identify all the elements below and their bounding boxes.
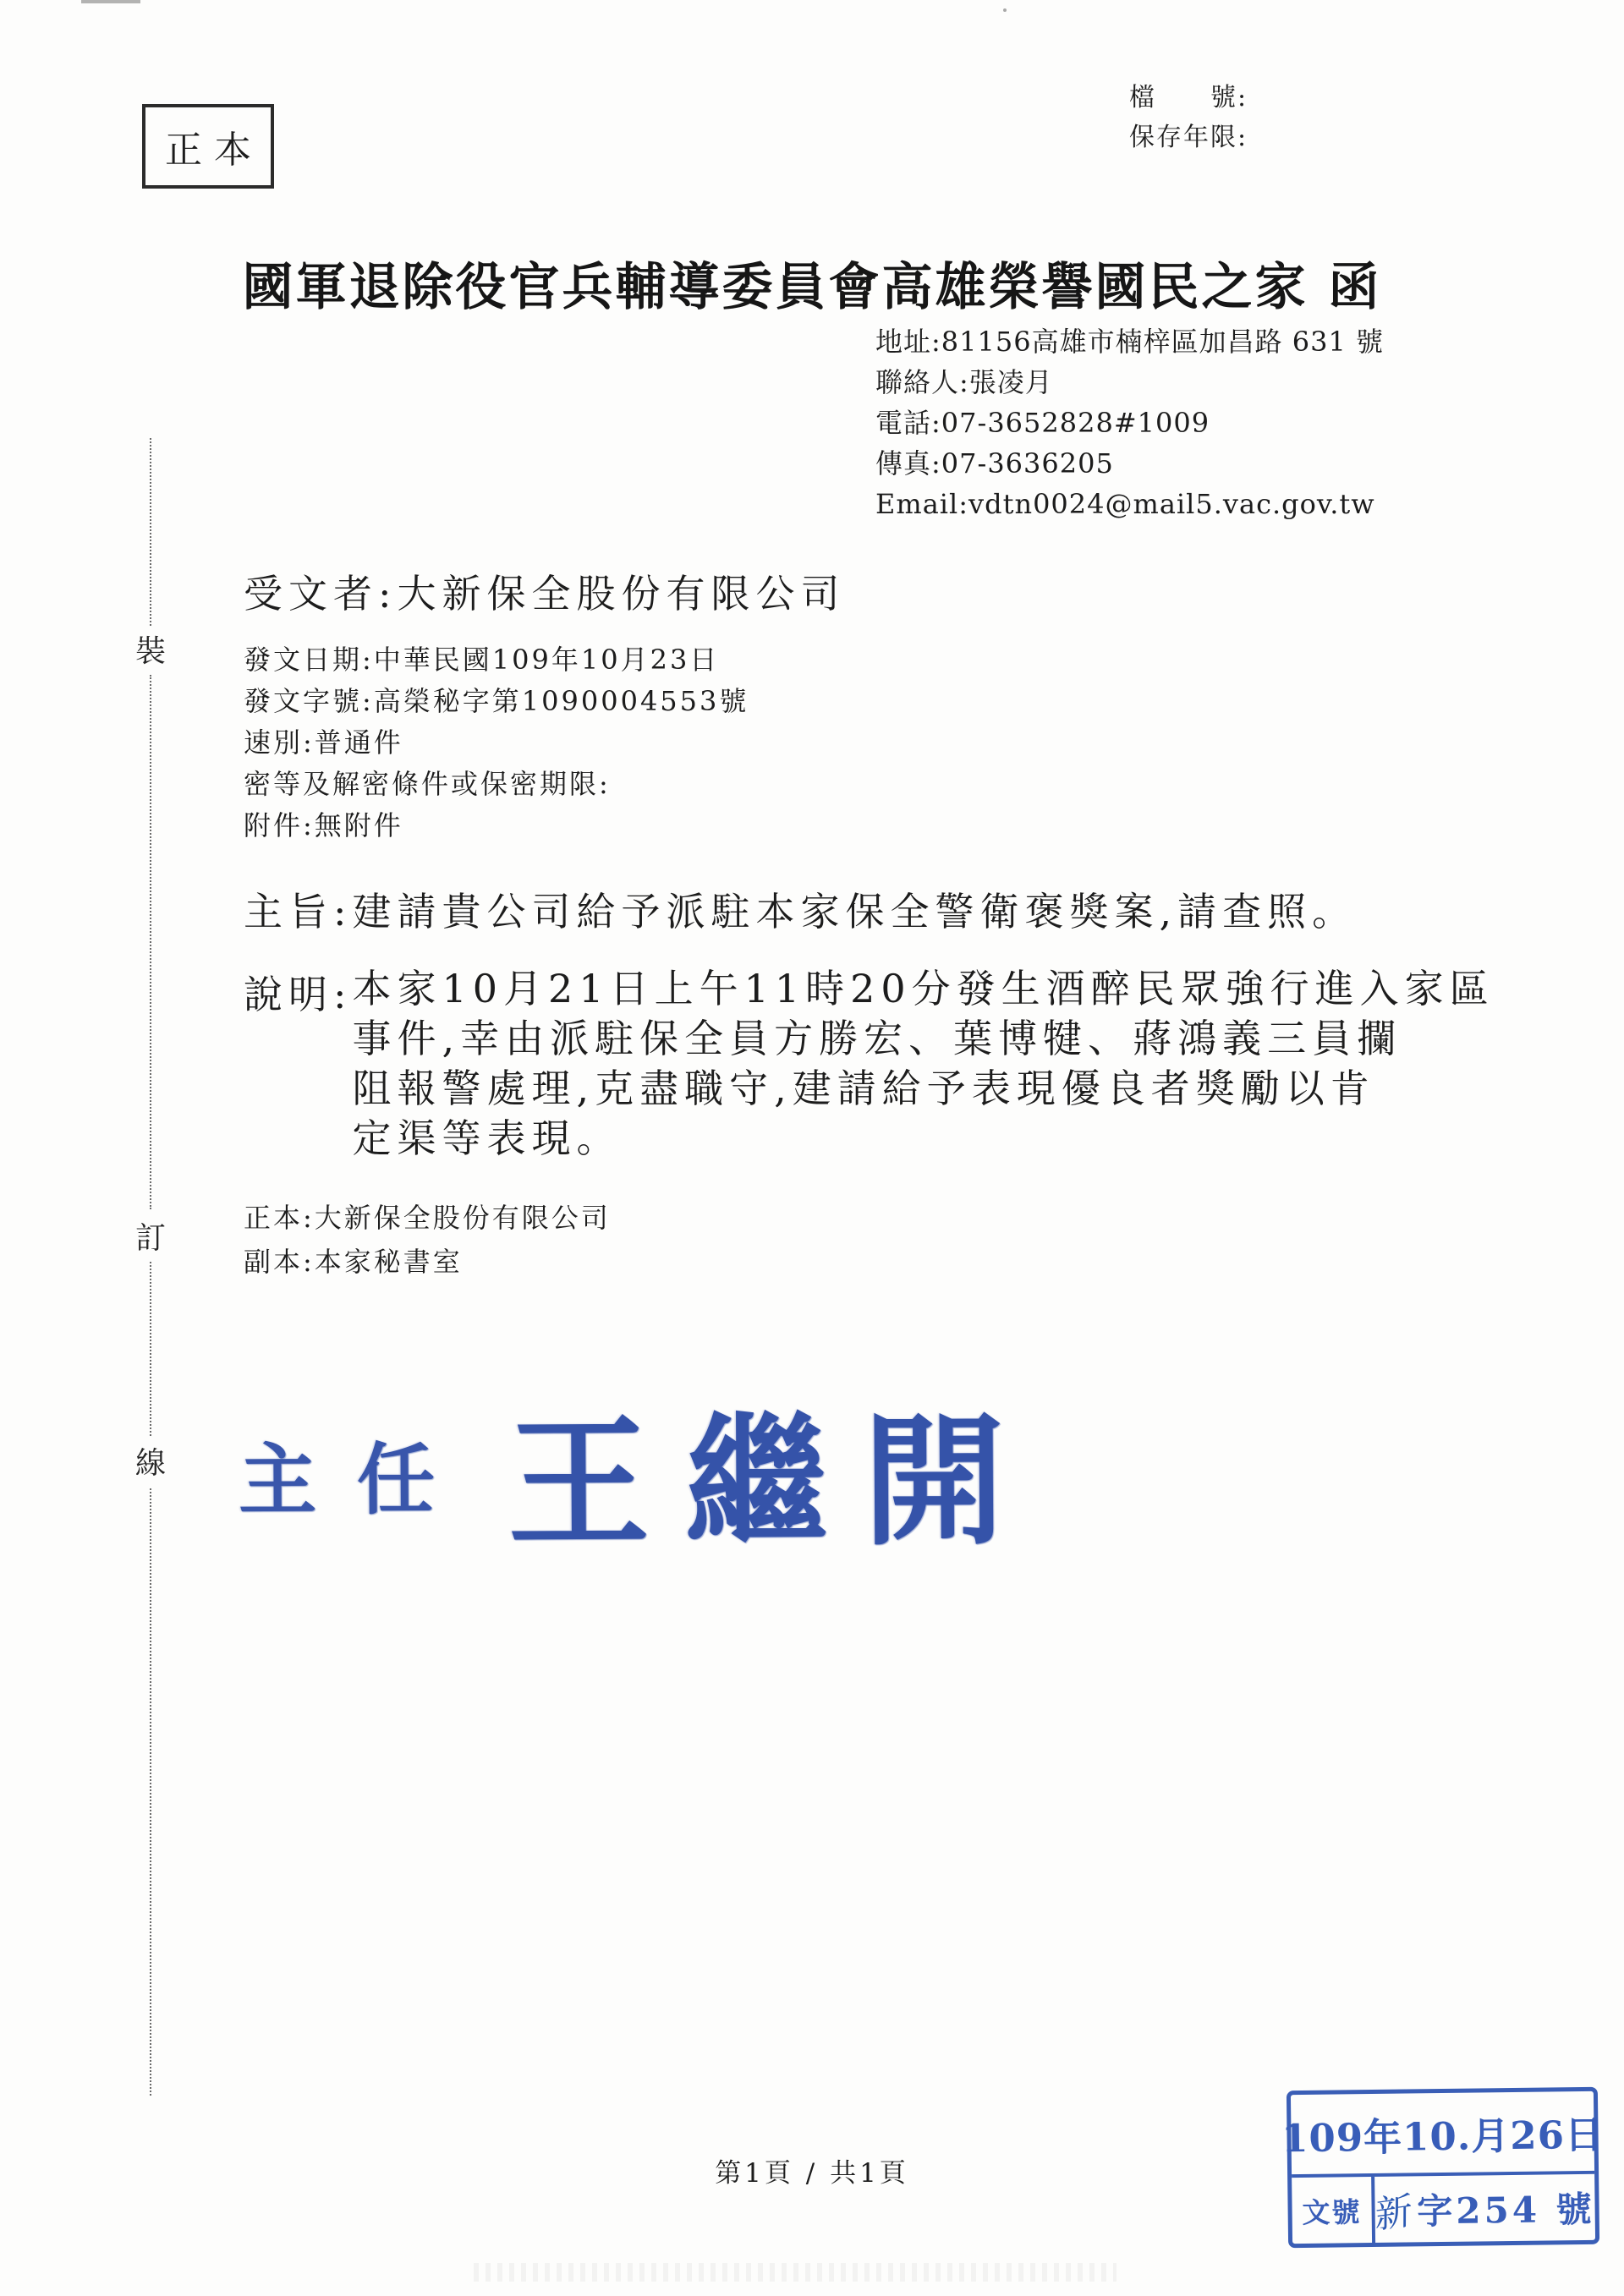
scan-artifact (1003, 8, 1007, 12)
stamp-docno-label: 文號 (1292, 2177, 1375, 2244)
subject-text: 建請貴公司給予派駐本家保全警衛褒獎案,請查照。 (353, 881, 1358, 937)
retention-period-label: 保存年限: (1129, 118, 1248, 157)
binding-dotted-line (150, 675, 151, 1209)
subject-line: 主旨: 建請貴公司給予派駐本家保全警衛褒獎案,請查照。 (244, 881, 1357, 937)
scan-artifact (474, 2263, 1116, 2282)
binding-dotted-line (150, 438, 151, 626)
file-number-block: 檔 號: 保存年限: (1129, 78, 1248, 157)
document-number: 發文字號:高榮秘字第1090004553號 (244, 681, 749, 722)
binding-mark-zhuang: 裝 (129, 627, 173, 671)
sender-email: Email:vdtn0024@mail5.vac.gov.tw (875, 484, 1384, 524)
copy-type-label: 正本 (153, 119, 263, 173)
sender-address: 地址:81156高雄市楠梓區加昌路 631 號 (875, 321, 1384, 362)
scanned-official-letter: 正本 檔 號: 保存年限: 國軍退除役官兵輔導委員會高雄榮譽國民之家 函 地址:… (0, 0, 1624, 2296)
binding-dotted-line (150, 1488, 151, 2096)
stamp-docno-handwritten: 新 (1374, 2179, 1412, 2239)
director-signature-stamp: 主任 王繼開 (239, 1392, 1041, 1553)
binding-dotted-line (150, 1262, 151, 1436)
stamp-date: 109年10.月26日 (1291, 2091, 1594, 2178)
distribution-copy: 副本:本家秘書室 (244, 1240, 611, 1284)
stamp-docno-row: 文號 新 字254 號 (1292, 2174, 1595, 2244)
description-label: 說明: (244, 964, 353, 1164)
sender-phone: 電話:07-3652828#1009 (875, 403, 1384, 443)
sender-contact-block: 地址:81156高雄市楠梓區加昌路 631 號 聯絡人:張凌月 電話:07-36… (875, 321, 1384, 524)
signature-name: 王繼開 (507, 1368, 1040, 1575)
document-meta-block: 發文日期:中華民國109年10月23日 發文字號:高榮秘字第1090004553… (244, 639, 749, 847)
distribution-original: 正本:大新保全股份有限公司 (244, 1196, 611, 1240)
security-class: 密等及解密條件或保密期限: (244, 764, 749, 805)
description-line: 阻報警處理,克盡職守,建請給予表現優良者獎勵以肯 (353, 1064, 1495, 1114)
binding-mark-xian: 線 (129, 1439, 173, 1482)
issue-date: 發文日期:中華民國109年10月23日 (244, 639, 749, 681)
binding-mark-ding: 訂 (129, 1214, 173, 1258)
sender-fax: 傳真:07-3636205 (875, 443, 1384, 484)
scan-artifact (81, 0, 140, 3)
file-number-label: 檔 號: (1129, 78, 1248, 118)
recipient-line: 受文者:大新保全股份有限公司 (244, 563, 846, 619)
attachment-note: 附件:無附件 (244, 805, 749, 847)
received-date-stamp: 109年10.月26日 文號 新 字254 號 (1287, 2087, 1599, 2248)
description-line: 本家10月21日上午11時20分發生酒醉民眾強行進入家區 (353, 964, 1495, 1014)
stamp-docno-value: 新 字254 號 (1374, 2174, 1595, 2243)
description-line: 定渠等表現。 (353, 1114, 1495, 1164)
sender-contact-person: 聯絡人:張凌月 (875, 362, 1384, 403)
description-text: 本家10月21日上午11時20分發生酒醉民眾強行進入家區 事件,幸由派駐保全員方… (353, 964, 1495, 1164)
copy-type-box: 正本 (142, 104, 274, 189)
subject-label: 主旨: (244, 881, 353, 937)
distribution-block: 正本:大新保全股份有限公司 副本:本家秘書室 (244, 1196, 611, 1284)
document-title: 國軍退除役官兵輔導委員會高雄榮譽國民之家 函 (0, 247, 1624, 320)
signature-job-title: 主任 (239, 1417, 476, 1530)
description-line: 事件,幸由派駐保全員方勝宏、葉博犍、蔣鴻義三員攔 (353, 1014, 1495, 1064)
description-block: 說明: 本家10月21日上午11時20分發生酒醉民眾強行進入家區 事件,幸由派駐… (244, 964, 1495, 1164)
speed-class: 速別:普通件 (244, 722, 749, 764)
stamp-docno-printed: 字254 號 (1417, 2182, 1595, 2235)
